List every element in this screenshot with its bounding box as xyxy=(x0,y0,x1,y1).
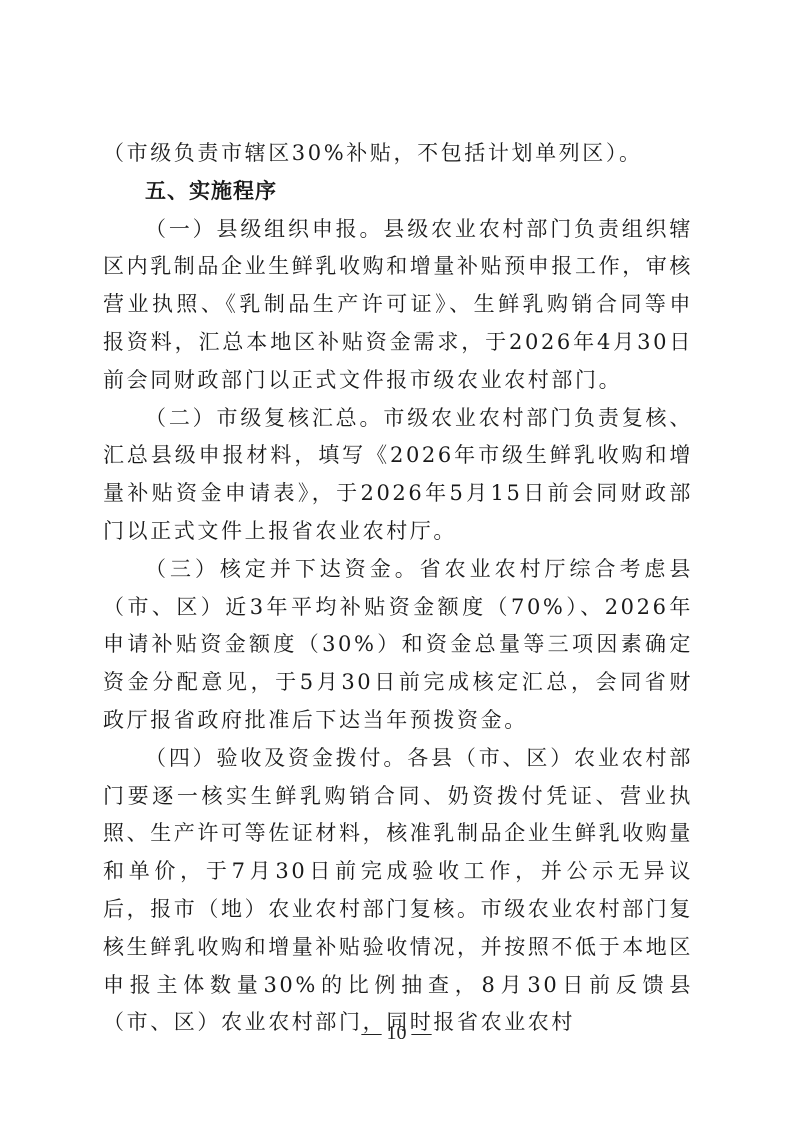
page-number: — 10 — xyxy=(0,1022,793,1045)
paragraph-city-review: （二）市级复核汇总。市级农业农村部门负责复核、汇总县级申报材料，填写《2026年… xyxy=(103,400,693,551)
paragraph-fund-allocation: （三）核定并下达资金。省农业农村厅综合考虑县（市、区）近3年平均补贴资金额度（7… xyxy=(103,551,693,740)
paragraph-county-application: （一）县级组织申报。县级农业农村部门负责组织辖区内乳制品企业生鲜乳收购和增量补贴… xyxy=(103,211,693,400)
paragraph-continuation: （市级负责市辖区30%补贴，不包括计划单列区）。 xyxy=(103,135,693,173)
document-body: （市级负责市辖区30%补贴，不包括计划单列区）。 五、实施程序 （一）县级组织申… xyxy=(103,135,693,1042)
paragraph-acceptance-disbursement: （四）验收及资金拨付。各县（市、区）农业农村部门要逐一核实生鲜乳购销合同、奶资拨… xyxy=(103,740,693,1042)
section-heading-implementation-procedure: 五、实施程序 xyxy=(103,173,693,211)
document-page: （市级负责市辖区30%补贴，不包括计划单列区）。 五、实施程序 （一）县级组织申… xyxy=(0,0,793,1122)
